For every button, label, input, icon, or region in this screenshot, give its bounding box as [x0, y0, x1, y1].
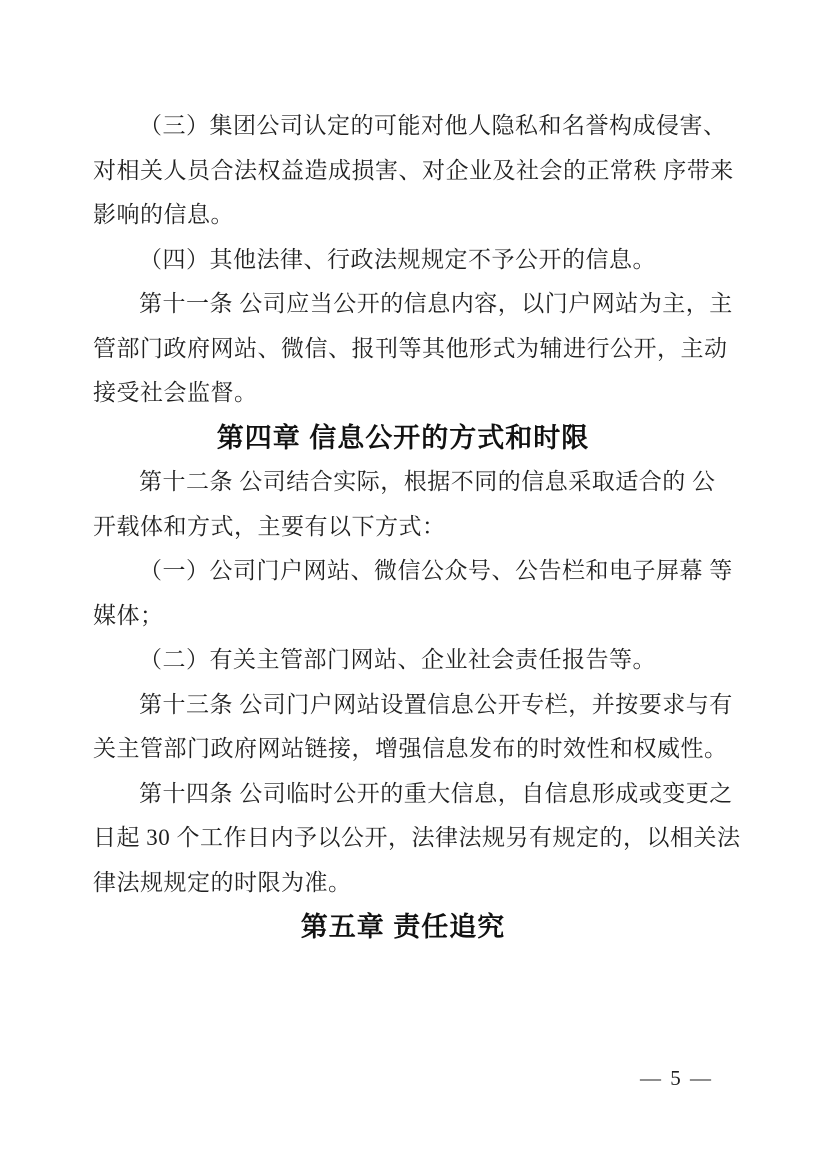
text-line: （二）有关主管部门网站、企业社会责任报告等。: [93, 638, 713, 683]
document-text-block: （三）集团公司认定的可能对他人隐私和名誉构成侵害、对相关人员合法权益造成损害、对…: [93, 104, 713, 950]
text-line: 日起 30 个工作日内予以公开，法律法规另有规定的，以相关法: [93, 816, 713, 861]
text-line: 影响的信息。: [93, 193, 713, 238]
text-line: （三）集团公司认定的可能对他人隐私和名誉构成侵害、: [93, 104, 713, 149]
text-line: （一）公司门户网站、微信公众号、公告栏和电子屏幕 等: [93, 549, 713, 594]
text-line: 律法规规定的时限为准。: [93, 861, 713, 906]
page-number: — 5 —: [640, 1066, 713, 1091]
text-line: 第十三条 公司门户网站设置信息公开专栏，并按要求与有: [93, 683, 713, 728]
chapter-heading: 第四章 信息公开的方式和时限: [93, 416, 713, 461]
text-line: 开载体和方式，主要有以下方式：: [93, 505, 713, 550]
text-line: 媒体；: [93, 594, 713, 639]
text-line: 接受社会监督。: [93, 371, 713, 416]
chapter-heading: 第五章 责任追究: [93, 905, 713, 950]
text-line: 第十四条 公司临时公开的重大信息，自信息形成或变更之: [93, 772, 713, 817]
text-line: 第十一条 公司应当公开的信息内容，以门户网站为主，主: [93, 282, 713, 327]
text-line: 关主管部门政府网站链接，增强信息发布的时效性和权威性。: [93, 727, 713, 772]
document-page: （三）集团公司认定的可能对他人隐私和名誉构成侵害、对相关人员合法权益造成损害、对…: [0, 0, 823, 1165]
text-line: 第十二条 公司结合实际，根据不同的信息采取适合的 公: [93, 460, 713, 505]
text-line: （四）其他法律、行政法规规定不予公开的信息。: [93, 238, 713, 283]
text-line: 对相关人员合法权益造成损害、对企业及社会的正常秩 序带来: [93, 149, 713, 194]
text-line: 管部门政府网站、微信、报刊等其他形式为辅进行公开，主动: [93, 327, 713, 372]
